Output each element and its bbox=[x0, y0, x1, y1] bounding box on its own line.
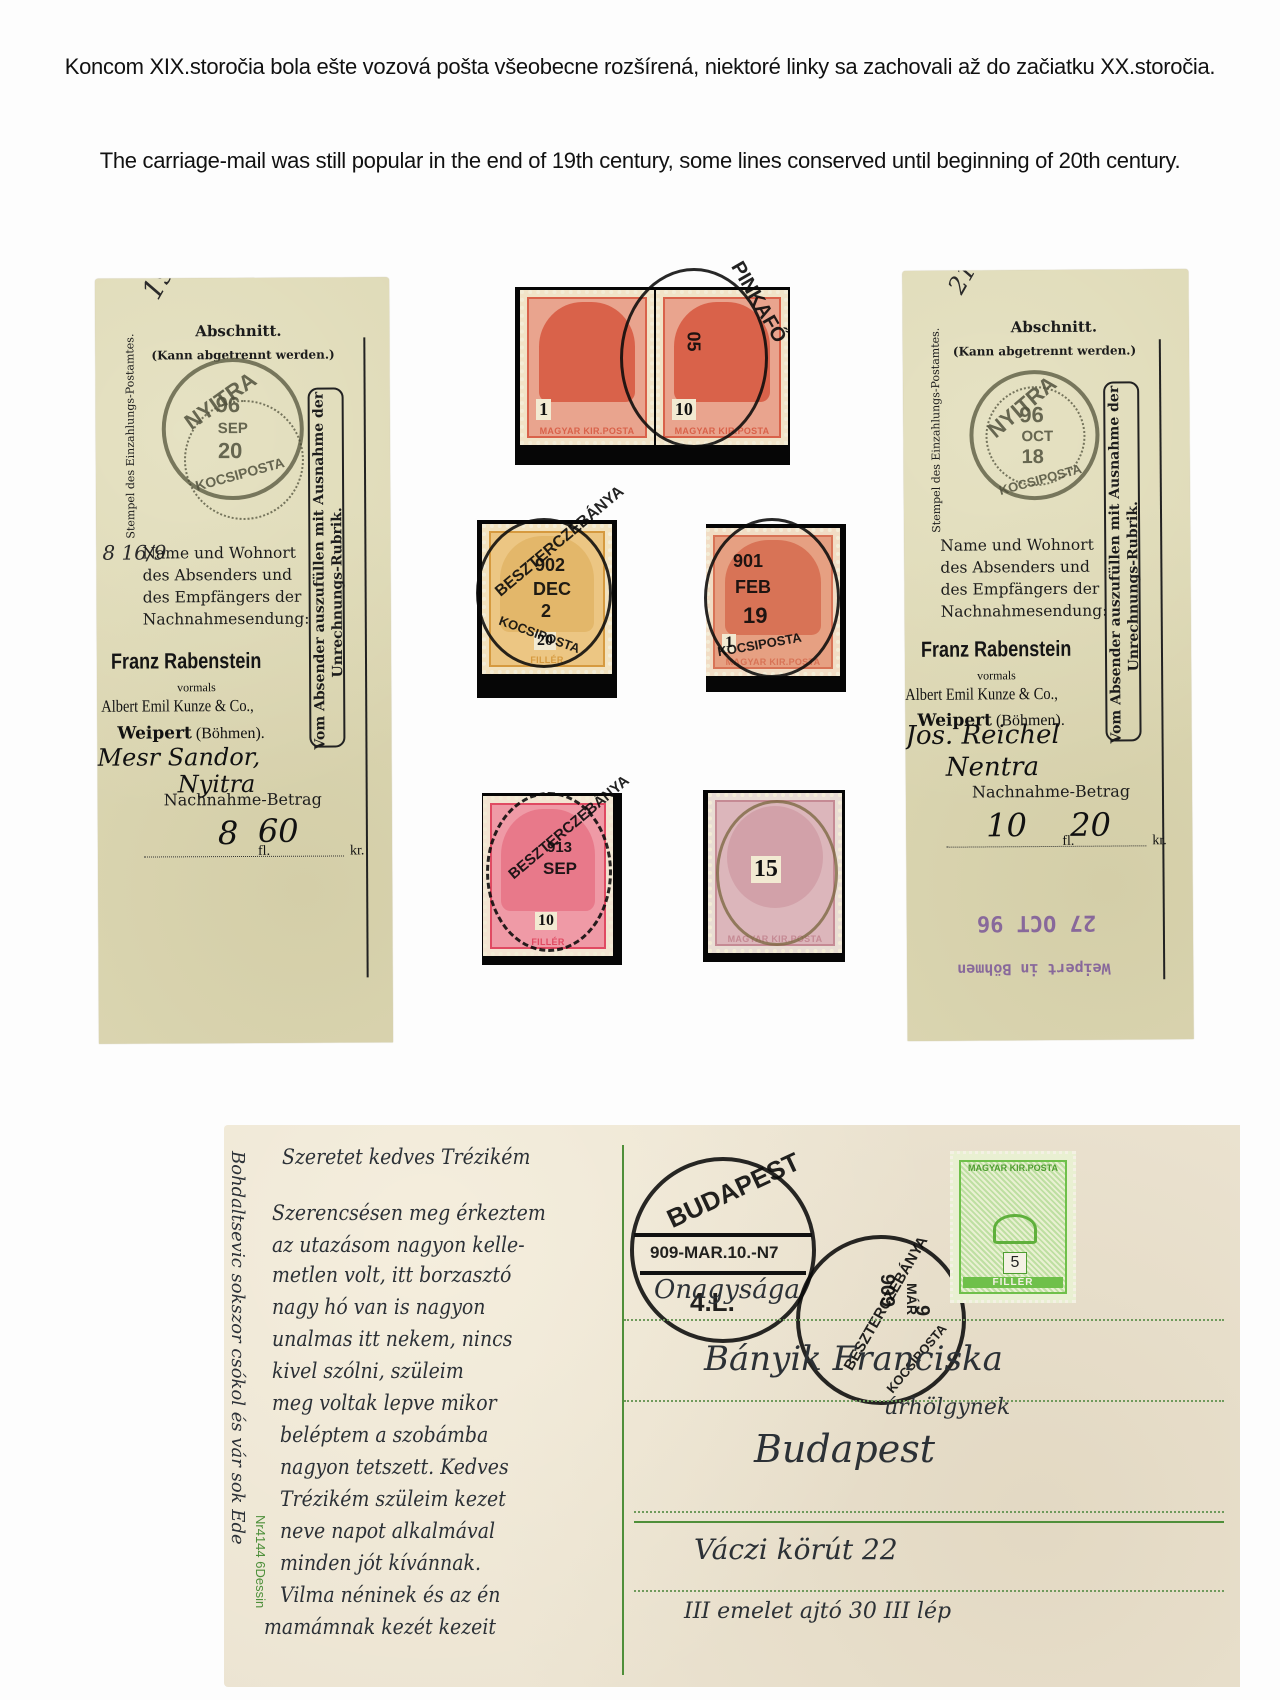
address-detail: III emelet ajtó 30 III lép bbox=[684, 1599, 951, 1624]
firm-city: Weipert (Böhmen). bbox=[117, 723, 264, 744]
message-line: Szerencsésen meg érkeztem bbox=[272, 1201, 546, 1225]
company-name: Franz Rabenstein bbox=[111, 648, 262, 675]
vertical-rule bbox=[363, 337, 368, 977]
receipt-title: Abschnitt. bbox=[195, 322, 281, 340]
amount-florin: 8 bbox=[218, 814, 239, 852]
vormals-label: vormals bbox=[977, 668, 1016, 683]
postmark-pinkafo-1901: 901 FEB 19 KOCSIPOSTA bbox=[704, 518, 840, 678]
address-name: Bányik Franciska bbox=[704, 1339, 1003, 1379]
postmark-besztercebanya-1913: BESZTERCZEBÁNYA 913 SEP bbox=[486, 792, 612, 952]
receipt-body: Name und Wohnort des Absenders und des E… bbox=[940, 534, 1107, 623]
amount-kreuzer: 20 bbox=[1070, 806, 1111, 844]
company-name: Franz Rabenstein bbox=[921, 636, 1072, 663]
address-city: Budapest bbox=[754, 1427, 935, 1471]
receipt-right: 215 N Abschnitt. (Kann abgetrennt werden… bbox=[902, 269, 1193, 1041]
address-salutation: Onagysága bbox=[654, 1275, 800, 1305]
receipt-body: Name und Wohnort des Absenders und des E… bbox=[142, 542, 309, 631]
postmark-pinkafo: PINKAFŐ 05 bbox=[620, 268, 768, 448]
message-line: mamámnak kezét kezeit bbox=[264, 1615, 496, 1639]
message-line: metlen volt, itt borzasztó bbox=[272, 1263, 511, 1287]
postcard-divider bbox=[622, 1145, 624, 1675]
amount-label: Nachnahme-Betrag bbox=[164, 790, 322, 810]
receipt-stamp-label: Stempel des Einzahlungs-Postamtes. bbox=[929, 328, 943, 533]
postcard: Bohdaltsevic sokszor csókol és vár sok E… bbox=[224, 1125, 1240, 1687]
postmark-besztercebanya-1902: BESZTERCZEBÁNYA 902 DEC 2 KOCSIPOSTA bbox=[476, 518, 612, 668]
message-line: Vilma néninek és az én bbox=[280, 1583, 500, 1607]
side-label-1: Vom Absender auszufüllen mit Ausnahme de… bbox=[1105, 386, 1125, 744]
purple-date-stamp: 27 OCT 96 bbox=[977, 910, 1096, 936]
receipt-stamp-label: Stempel des Einzahlungs-Postamtes. bbox=[123, 334, 137, 539]
address-title: úrhölgynek bbox=[884, 1395, 1010, 1420]
message-line: Szeretet kedves Trézikém bbox=[282, 1145, 530, 1169]
firm-name: Albert Emil Kunze & Co., bbox=[905, 684, 1058, 705]
message-line: minden jót kívánnak. bbox=[280, 1551, 481, 1575]
message-line: nagy hó van is nagyon bbox=[272, 1295, 485, 1319]
postmark-numeral-15 bbox=[716, 800, 838, 946]
receipt-left: 1991 Abschnitt. (Kann abgetrennt werden.… bbox=[95, 277, 393, 1044]
postcard-vertical-message: Bohdaltsevic sokszor csókol és vár sok E… bbox=[227, 1151, 248, 1545]
postmark-nyitra-oct: NYITRA 96 OCT 18 KOCSIPOSTA bbox=[969, 370, 1100, 501]
receipt-subtitle: (Kann abgetrennt werden.) bbox=[953, 343, 1136, 358]
stamp-turul-5-filler: MAGYAR KIR.POSTA 5 FILLÉR bbox=[950, 1151, 1076, 1303]
side-label-2: Unrechnungs-Rubrik. bbox=[328, 507, 347, 677]
address-street: Váczi körút 22 bbox=[694, 1533, 898, 1566]
message-line: az utazásom nagyon kelle- bbox=[272, 1233, 525, 1257]
intro-english: The carriage-mail was still popular in t… bbox=[60, 146, 1220, 176]
printer-mark: Nr4144 6Dessin bbox=[253, 1515, 268, 1608]
message-line: Trézikém szüleim kezet bbox=[280, 1487, 506, 1511]
receipt-title: Abschnitt. bbox=[1011, 318, 1097, 337]
handwritten-city: Nentra bbox=[946, 752, 1039, 783]
address-rule bbox=[634, 1521, 1224, 1523]
firm-name: Albert Emil Kunze & Co., bbox=[101, 696, 254, 717]
message-line: meg voltak lepve mikor bbox=[272, 1391, 497, 1415]
side-label-1: Vom Absender auszufüllen mit Ausnahme de… bbox=[310, 392, 330, 750]
handwritten-recipient: Jos. Reichel bbox=[905, 720, 1059, 751]
vormals-label: vormals bbox=[177, 680, 216, 695]
message-line: unalmas itt nekem, nincs bbox=[272, 1327, 512, 1351]
receipt-number-note: 1991 bbox=[135, 277, 199, 305]
message-line: beléptem a szobámba bbox=[280, 1423, 488, 1447]
message-line: kivel szólni, szüleim bbox=[272, 1359, 464, 1383]
handwritten-recipient: Mesr Sandor, bbox=[97, 743, 260, 772]
intro-slovak: Koncom XIX.storočia bola ešte vozová poš… bbox=[60, 52, 1220, 82]
message-line: neve napot alkalmával bbox=[280, 1519, 495, 1543]
side-label-2: Unrechnungs-Rubrik. bbox=[1124, 501, 1143, 671]
postmark-nyitra-sep: NYITRA 96 SEP 20 KOCSIPOSTA bbox=[161, 358, 304, 501]
receipt-number-note: 215 N bbox=[942, 269, 1003, 299]
purple-place-stamp: Weipert in Böhmen bbox=[957, 960, 1111, 979]
postmark-budapest: BUDAPEST 909-MAR.10.-N7 4.L. bbox=[630, 1157, 816, 1343]
amount-florin: 10 bbox=[986, 806, 1027, 844]
amount-label: Nachnahme-Betrag bbox=[972, 781, 1130, 801]
message-line: nagyon tetszett. Kedves bbox=[280, 1455, 509, 1479]
vertical-rule bbox=[1159, 339, 1165, 979]
